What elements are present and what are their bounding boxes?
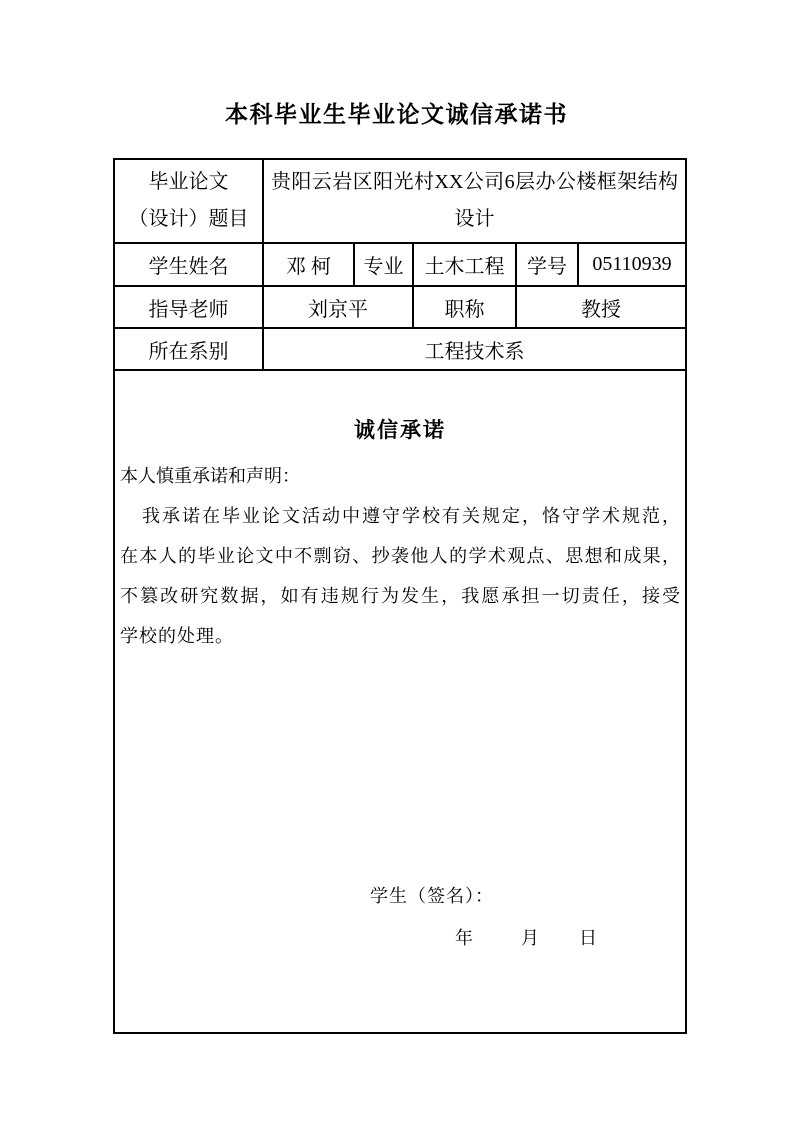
signature-label: 学生（签名）： (370, 884, 494, 908)
student-id-value-cell: 05110939 (578, 243, 686, 286)
commitment-paragraph-line: 我承诺在毕业论文活动中遵守学校有关规定，恪守学术规范， (120, 496, 681, 536)
month-label: 月 (521, 926, 539, 950)
commitment-paragraph-line: 学校的处理。 (120, 616, 681, 656)
advisor-label-cell: 指导老师 (114, 286, 263, 328)
date-line: 年 月 日 (115, 926, 685, 950)
thesis-title-label-cell: 毕业论文 （设计）题目 (114, 159, 263, 243)
table-row-advisor: 指导老师 刘京平 职称 教授 (114, 286, 686, 328)
major-value-cell: 土木工程 (413, 243, 516, 286)
table-row-thesis-title: 毕业论文 （设计）题目 贵阳云岩区阳光村XX公司6层办公楼框架结构 设计 (114, 159, 686, 243)
document-page: 本科毕业生毕业论文诚信承诺书 毕业论文 （设计）题目 贵阳云岩区阳光村XX公司6… (0, 0, 793, 1122)
commitment-heading: 诚信承诺 (115, 417, 685, 443)
commitment-intro: 本人慎重承诺和声明： (120, 463, 681, 489)
thesis-title-label-line2: （设计）题目 (115, 201, 262, 238)
major-label-cell: 专业 (354, 243, 413, 286)
table-row-department: 所在系别 工程技术系 (114, 328, 686, 370)
thesis-title-value-line2: 设计 (264, 201, 685, 238)
department-value-cell: 工程技术系 (263, 328, 686, 370)
advisor-title-label-cell: 职称 (413, 286, 516, 328)
commitment-section: 诚信承诺 本人慎重承诺和声明： 我承诺在毕业论文活动中遵守学校有关规定，恪守学术… (115, 417, 685, 1032)
student-name-label-cell: 学生姓名 (114, 243, 263, 286)
year-label: 年 (455, 926, 473, 950)
thesis-info-table: 毕业论文 （设计）题目 贵阳云岩区阳光村XX公司6层办公楼框架结构 设计 学生姓… (113, 158, 687, 1034)
day-label: 日 (579, 926, 597, 950)
thesis-title-value-line1: 贵阳云岩区阳光村XX公司6层办公楼框架结构 (264, 164, 685, 201)
commitment-paragraph-line: 在本人的毕业论文中不剽窃、抄袭他人的学术观点、思想和成果， (120, 536, 681, 576)
page-title: 本科毕业生毕业论文诚信承诺书 (0, 100, 793, 130)
thesis-title-label-line1: 毕业论文 (115, 164, 262, 201)
table-row-commitment: 诚信承诺 本人慎重承诺和声明： 我承诺在毕业论文活动中遵守学校有关规定，恪守学术… (114, 370, 686, 1033)
thesis-title-value-cell: 贵阳云岩区阳光村XX公司6层办公楼框架结构 设计 (263, 159, 686, 243)
commitment-paragraph-line: 不篡改研究数据，如有违规行为发生，我愿承担一切责任，接受 (120, 576, 681, 616)
advisor-title-value-cell: 教授 (516, 286, 686, 328)
advisor-value-cell: 刘京平 (263, 286, 413, 328)
student-id-label-cell: 学号 (516, 243, 578, 286)
commitment-cell: 诚信承诺 本人慎重承诺和声明： 我承诺在毕业论文活动中遵守学校有关规定，恪守学术… (114, 370, 686, 1033)
student-name-value-cell: 邓 柯 (263, 243, 354, 286)
commitment-paragraph: 我承诺在毕业论文活动中遵守学校有关规定，恪守学术规范， 在本人的毕业论文中不剽窃… (120, 496, 681, 656)
table-row-student: 学生姓名 邓 柯 专业 土木工程 学号 05110939 (114, 243, 686, 286)
department-label-cell: 所在系别 (114, 328, 263, 370)
